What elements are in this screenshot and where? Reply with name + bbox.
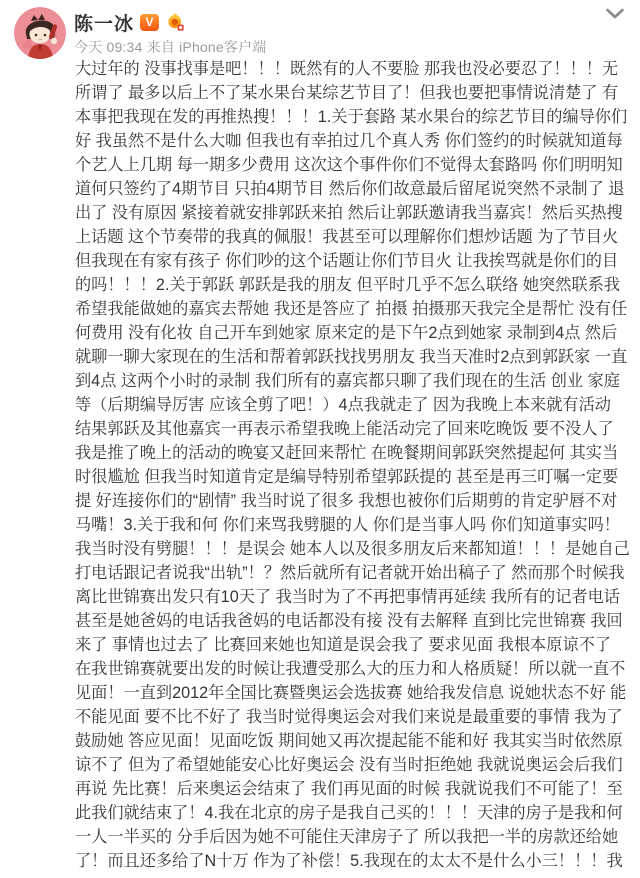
post-content-text: 大过年的 没事找事是吧！！！既然有的人不要脸 那我也没必要忍了！！！无所谓了 最… (75, 57, 631, 875)
avatar-cartoon-image (14, 7, 66, 59)
post-header: 陈一冰 V (74, 10, 185, 34)
verified-v-badge-icon: V (140, 14, 159, 31)
author-name[interactable]: 陈一冰 (74, 9, 134, 36)
post-timestamp-source: 今天 09:34 来自 iPhone客户端 (74, 37, 267, 57)
avatar[interactable] (14, 7, 66, 59)
new-year-honor-badge-icon (165, 12, 185, 32)
chevron-down-icon[interactable] (604, 7, 626, 21)
weibo-post: 陈一冰 V 今天 09:34 来自 iPhone客户端 大过年的 没事找事 (0, 0, 640, 878)
